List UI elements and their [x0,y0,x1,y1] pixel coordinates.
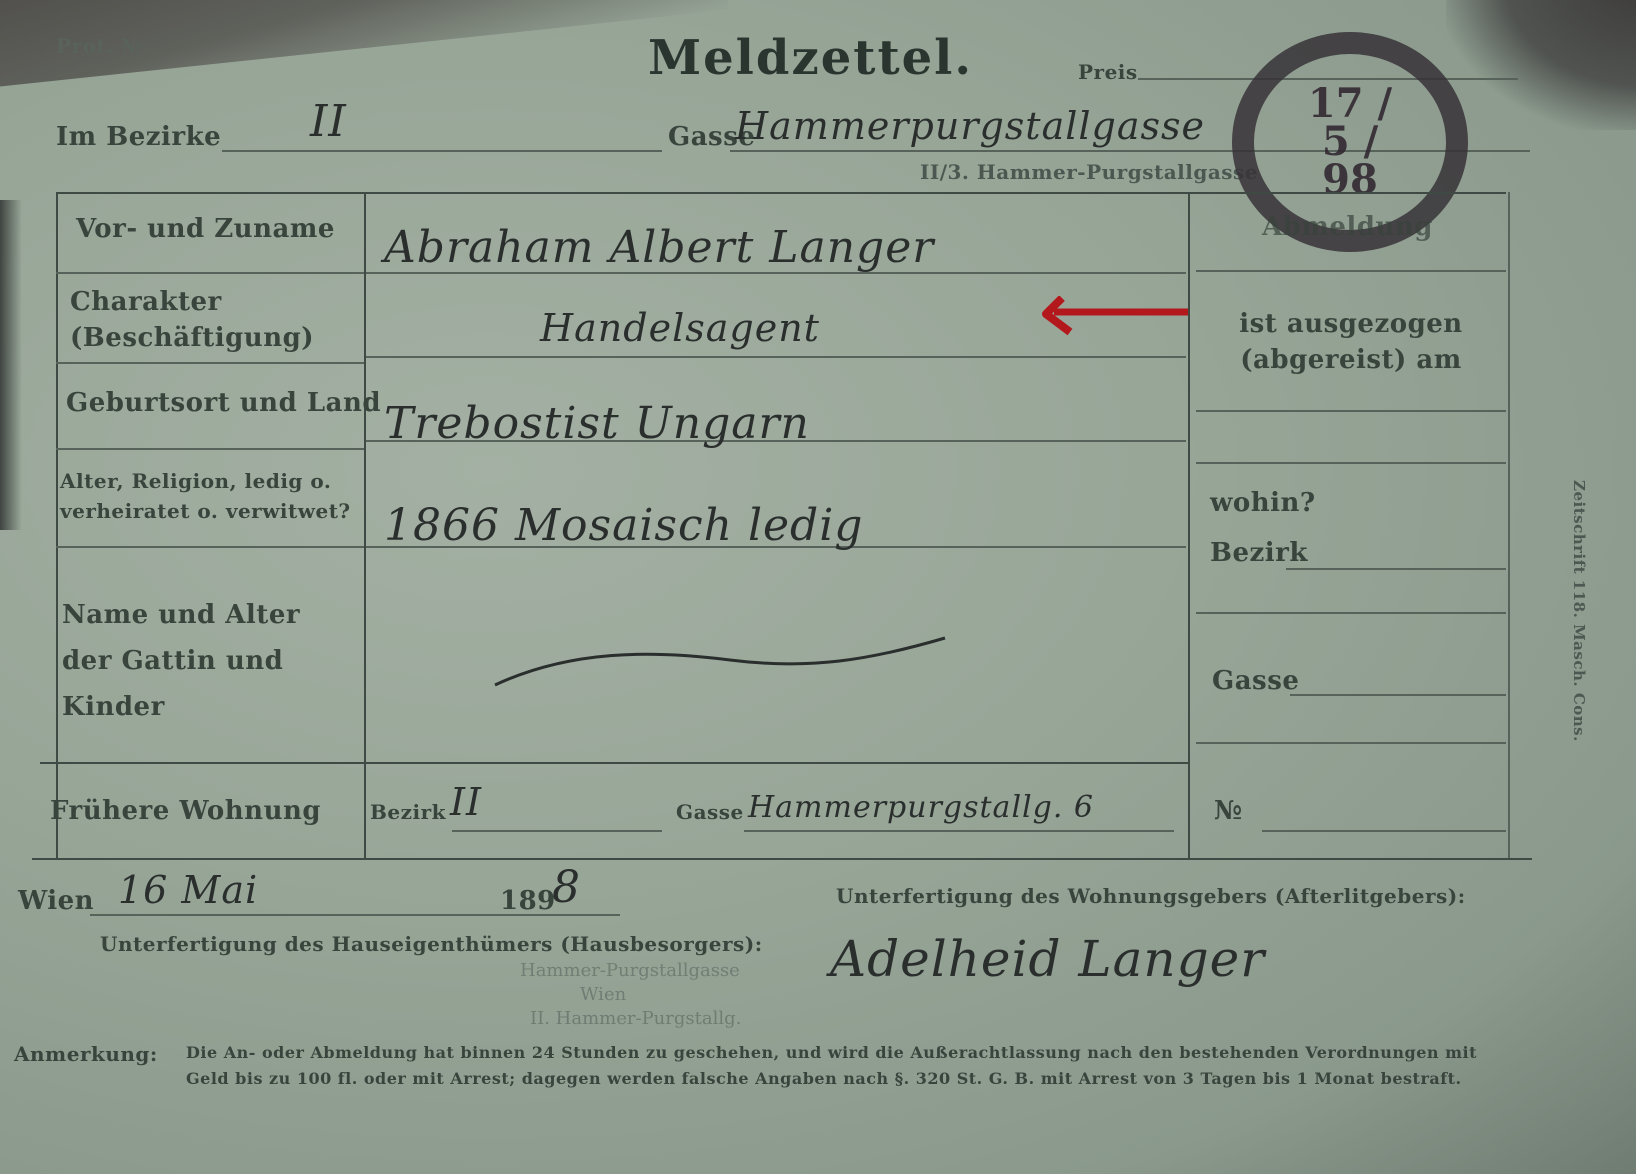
landlord-signature-label: Unterfertigung des Wohnungsgebers (After… [836,884,1466,908]
note-text: Die An- oder Abmeldung hat binnen 24 Stu… [186,1040,1526,1092]
prev-district-line [452,830,662,832]
landlord-signature: Adelheid Langer [830,930,1265,988]
district-label: Im Bezirke [56,122,221,152]
departure-line [1286,568,1506,570]
owner-signature-label: Unterfertigung des Hauseigenthümers (Hau… [100,932,763,956]
shadow-left-edge [0,200,22,530]
date-stamp-text: 17 / 5 / 98 [1302,85,1398,199]
label-age-religion-status: Alter, Religion, ledig o. verheiratet o.… [60,466,360,526]
departure-line [1262,830,1506,832]
empty-field-squiggle [490,630,950,700]
grid-far-right-line [1508,192,1510,860]
row-divider [56,272,364,274]
label-departure-district: Bezirk [1210,538,1308,568]
label-moved-out: ist ausgezogen (abgereist) am [1206,306,1496,378]
side-print-text: Zeitschrift 118. Masch. Cons. [1570,480,1588,742]
value-line [366,356,1186,358]
prev-district-value: II [450,780,482,824]
departure-line [1196,742,1506,744]
departure-line [1196,462,1506,464]
label-full-name: Vor- und Zuname [76,214,335,244]
departure-line [1196,270,1506,272]
year-handwritten: 8 [552,862,581,913]
row-divider [56,546,364,548]
faint-stamp-line-2: Wien [580,984,626,1005]
prev-street-line [744,830,1174,832]
street-value: Hammerpurgstallgasse [735,104,1205,148]
value-full-name: Abraham Albert Langer [384,222,934,273]
street-printed-stamp: II/3. Hammer-Purgstallgasse [920,160,1258,184]
label-departure-number: № [1214,796,1243,826]
label-birthplace: Geburtsort und Land [66,388,381,418]
label-departure-street: Gasse [1212,666,1299,696]
corner-label: Prot. № [56,34,143,58]
grid-right-divider [1188,192,1190,860]
district-value: II [310,96,347,147]
grid-top-line [56,192,1506,194]
district-line [222,150,662,152]
value-occupation: Handelsagent [540,306,820,350]
prev-residence-top-line [40,762,1190,764]
document-paper: Prot. № Meldzettel. Preis Im Bezirke II … [0,0,1636,1174]
departure-line [1290,694,1506,696]
price-label: Preis [1078,60,1138,84]
value-birthplace: Trebostist Ungarn [384,398,810,449]
prev-street-label: Gasse [676,800,744,824]
grid-label-divider [364,192,366,860]
faint-stamp-line-1: Hammer-Purgstallgasse [520,960,740,981]
shadow-top-right [1446,0,1636,130]
label-occupation: Charakter (Beschäftigung) [70,284,360,356]
year-printed: 189 [500,886,556,916]
red-arrow-annotation [1040,296,1190,336]
prev-street-value: Hammerpurgstallg. 6 [748,790,1094,825]
label-spouse-children: Name und Alter der Gattin und Kinder [62,592,322,730]
departure-line [1196,410,1506,412]
departure-line [1196,612,1506,614]
value-age-religion-status: 1866 Mosaisch ledig [384,500,863,551]
date-value: 16 Mai [118,868,258,912]
prev-district-label: Bezirk [370,800,446,824]
departure-header: Abmeldung [1262,212,1433,242]
grid-bottom-line [32,858,1532,860]
row-divider [56,362,364,364]
grid-left-line [56,192,58,860]
faint-stamp-line-3: II. Hammer-Purgstallg. [530,1008,741,1029]
row-divider [56,448,364,450]
document-title: Meldzettel. [648,30,973,86]
note-label: Anmerkung: [14,1042,158,1066]
city-label: Wien [18,886,94,916]
label-where: wohin? [1210,488,1316,518]
label-previous-residence: Frühere Wohnung [50,796,321,826]
